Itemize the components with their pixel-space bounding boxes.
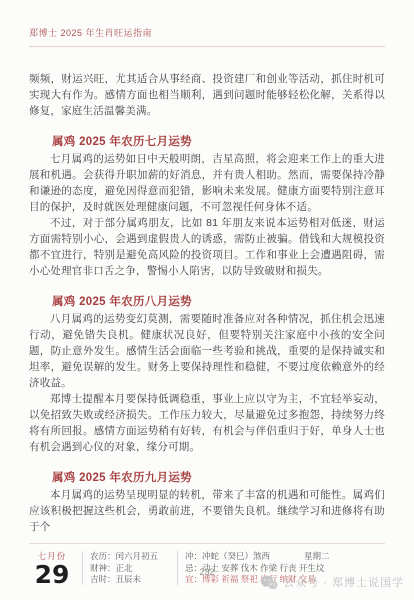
august-paragraph-1: 八月属鸡的运势变幻莫测，需要随时准备应对各种情况，抓住机会迅速行动，避免错失良机… — [29, 311, 385, 391]
document-page: 郑博士 2025 年生肖旺运指南 频频，财运兴旺，尤其适合从事经商、投资建厂和创… — [0, 0, 414, 600]
lunar-value: 闰六月初五 — [116, 551, 159, 561]
august-paragraph-2: 郑博士提醒本月要保持低调稳重，事业上应以守为主，不宜轻举妄动，以免招致失败或经济… — [29, 391, 385, 455]
september-paragraph-1: 本月属鸡的运势呈现明显的转机，带来了丰富的机遇和可能性。属鸡们应该积极把握这些机… — [29, 487, 385, 535]
page-body: 频频，财运兴旺，尤其适合从事经商、投资建厂和创业等活动，抓住时机可实现大有作为。… — [29, 71, 385, 535]
clash-value: 冲蛇（癸巳）煞西 — [202, 551, 270, 561]
section-heading-july: 属鸡 2025 年农历七月运势 — [29, 133, 385, 149]
almanac-clash-row: 冲：冲蛇（癸巳）煞西星期二 — [185, 551, 385, 563]
july-paragraph-1: 七月属鸡的运势如日中天般明朗，吉星高照，将会迎来工作上的重大进展和机遇。会获得升… — [29, 151, 385, 215]
section-heading-august: 属鸡 2025 年农历八月运势 — [29, 293, 385, 309]
lunar-label: 农历： — [90, 551, 116, 561]
footer-brand-label: 公众号 · 郑博士说国学 — [283, 574, 404, 590]
running-header: 郑博士 2025 年生肖旺运指南 — [29, 26, 385, 47]
running-header-title: 郑博士 2025 年生肖旺运指南 — [29, 28, 152, 38]
july-paragraph-2: 不过，对于部分属鸡朋友，比如 81 年朋友来说本运势相对低迷，财运方面需特别小心… — [29, 215, 385, 279]
clash-label: 冲： — [185, 551, 202, 561]
wechat-icon — [260, 575, 278, 590]
footer-brand: 公众号 · 郑博士说国学 — [260, 574, 404, 590]
almanac-lunar-date: 农历：闰六月初五 — [90, 551, 170, 563]
section-heading-september: 属鸡 2025 年农历九月运势 — [29, 469, 385, 485]
almanac-weekday: 星期二 — [304, 551, 330, 561]
intro-paragraph: 频频，财运兴旺，尤其适合从事经商、投资建厂和创业等活动，抓住时机可实现大有作为。… — [29, 71, 385, 119]
